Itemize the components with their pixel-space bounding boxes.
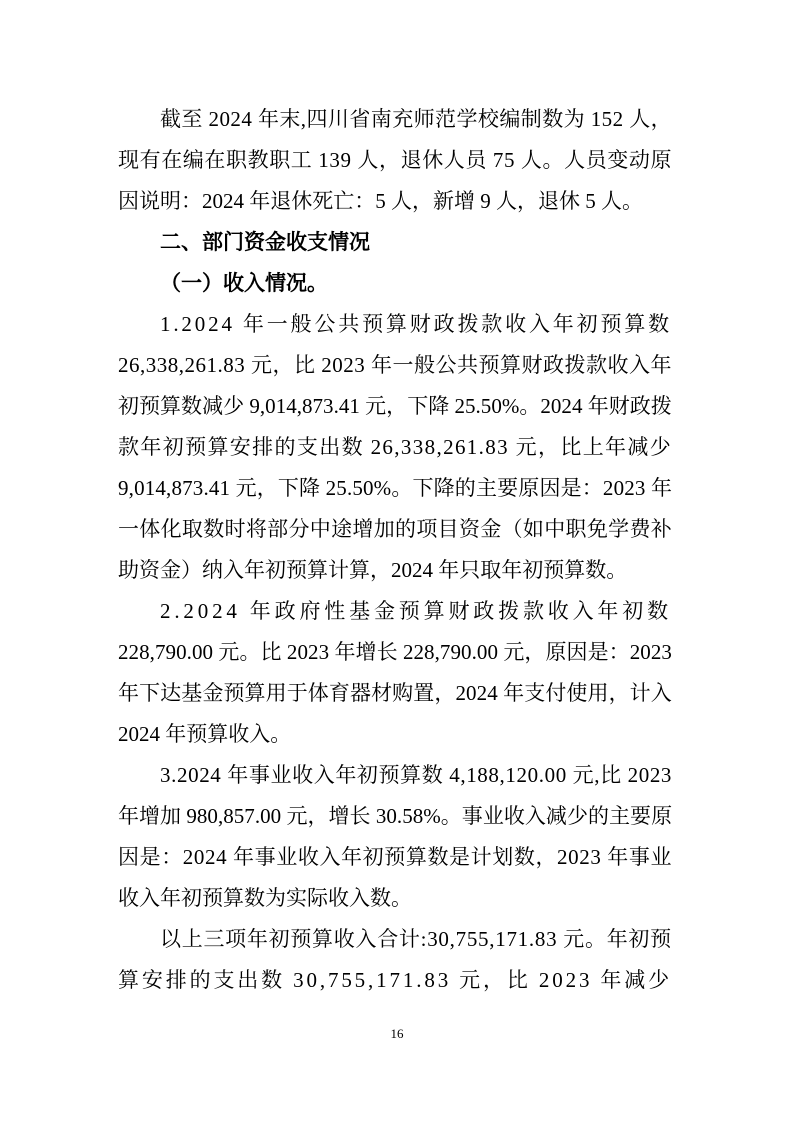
text-line: 二、部门资金收支情况 [118, 222, 672, 263]
text-line: 1.2024 年一般公共预算财政拨款收入年初预算数 [118, 304, 672, 345]
heading-income-situation: （一）收入情况。 [118, 263, 672, 304]
text-line: 3.2024 年事业收入年初预算数 4,188,120.00 元,比 2023 [118, 755, 672, 796]
text-line: 2.2024 年政府性基金预算财政拨款收入年初数 [118, 591, 672, 632]
text-line: 以上三项年初预算收入合计:30,755,171.83 元。年初预 [118, 919, 672, 960]
text-line: 2024 年预算收入。 [118, 714, 672, 755]
para-staff-overview: 截至 2024 年末,四川省南充师范学校编制数为 152 人，现有在编在职教职工… [118, 99, 672, 222]
page-number: 16 [391, 1026, 404, 1041]
para-total-income: 以上三项年初预算收入合计:30,755,171.83 元。年初预算安排的支出数 … [118, 919, 672, 1001]
text-line: 228,790.00 元。比 2023 年增长 228,790.00 元，原因是… [118, 632, 672, 673]
text-line: 一体化取数时将部分中途增加的项目资金（如中职免学费补 [118, 509, 672, 550]
text-line: 因说明：2024 年退休死亡：5 人，新增 9 人，退休 5 人。 [118, 181, 672, 222]
page-footer: 16 [0, 1024, 794, 1044]
heading-section-two-funds: 二、部门资金收支情况 [118, 222, 672, 263]
para-general-public-budget: 1.2024 年一般公共预算财政拨款收入年初预算数26,338,261.83 元… [118, 304, 672, 591]
text-line: （一）收入情况。 [118, 263, 672, 304]
document-content: 截至 2024 年末,四川省南充师范学校编制数为 152 人，现有在编在职教职工… [118, 99, 672, 1001]
text-line: 截至 2024 年末,四川省南充师范学校编制数为 152 人， [118, 99, 672, 140]
para-government-fund-budget: 2.2024 年政府性基金预算财政拨款收入年初数228,790.00 元。比 2… [118, 591, 672, 755]
text-line: 算安排的支出数 30,755,171.83 元，比 2023 年减少 [118, 960, 672, 1001]
para-business-income: 3.2024 年事业收入年初预算数 4,188,120.00 元,比 2023年… [118, 755, 672, 919]
text-line: 26,338,261.83 元，比 2023 年一般公共预算财政拨款收入年 [118, 345, 672, 386]
text-line: 初预算数减少 9,014,873.41 元，下降 25.50%。2024 年财政… [118, 386, 672, 427]
text-line: 年增加 980,857.00 元，增长 30.58%。事业收入减少的主要原 [118, 796, 672, 837]
text-line: 收入年初预算数为实际收入数。 [118, 878, 672, 919]
document-page: 截至 2024 年末,四川省南充师范学校编制数为 152 人，现有在编在职教职工… [0, 0, 794, 1123]
text-line: 年下达基金预算用于体育器材购置，2024 年支付使用，计入 [118, 673, 672, 714]
text-line: 因是：2024 年事业收入年初预算数是计划数，2023 年事业 [118, 837, 672, 878]
text-line: 款年初预算安排的支出数 26,338,261.83 元，比上年减少 [118, 427, 672, 468]
text-line: 9,014,873.41 元，下降 25.50%。下降的主要原因是：2023 年 [118, 468, 672, 509]
text-line: 助资金）纳入年初预算计算，2024 年只取年初预算数。 [118, 550, 672, 591]
text-line: 现有在编在职教职工 139 人，退休人员 75 人。人员变动原 [118, 140, 672, 181]
